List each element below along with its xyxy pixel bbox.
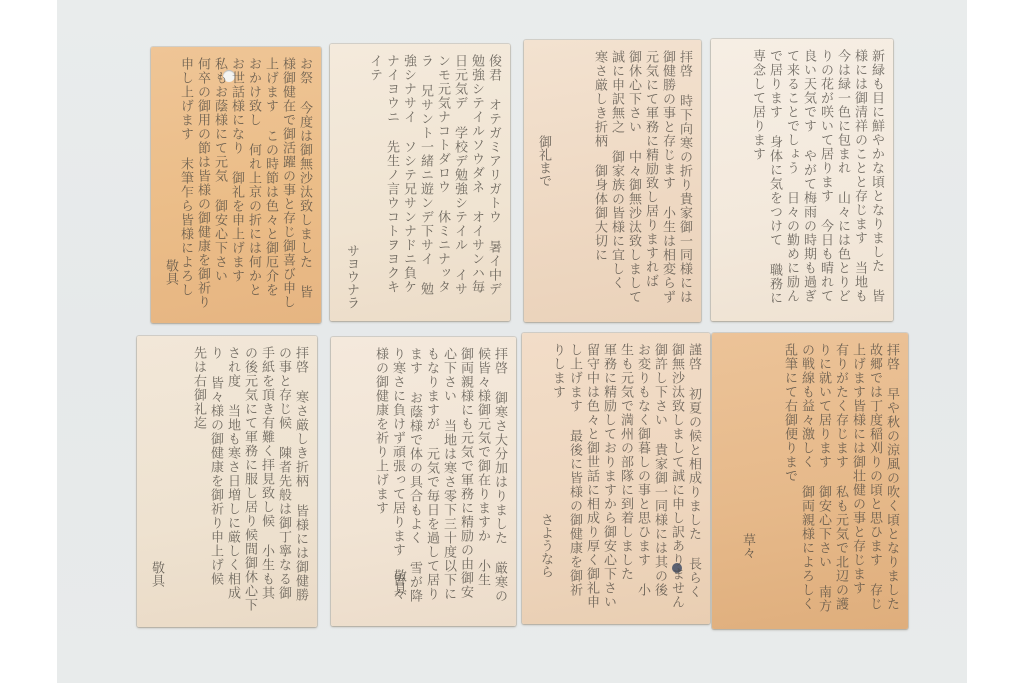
- postcard-1: お祭 今度は御無沙汰致しました 皆様御健在で御活躍の事と存じ御喜び申し上げます …: [151, 47, 321, 323]
- postcard-6: 拝啓 御寒さ大分加はりました 厳寒の候皆々様御元気で御在りますか 小生 御両親様…: [331, 337, 516, 626]
- postcard-8: 拝啓 早や秋の涼風の吹く頃となりました 故郷では丁度稲刈りの頃と思ひます 存じ上…: [712, 333, 908, 629]
- postcard-5: 拝啓 寒さ厳しき折柄 皆様には御健勝の事と存じ候 陳者先般は御丁寧なる御手紙を頂…: [137, 336, 317, 627]
- postcard-signature: さようなら: [536, 513, 555, 578]
- postcard-text: お祭 今度は御無沙汰致しました 皆様御健在で御活躍の事と存じ御喜び申し上げます …: [179, 57, 313, 309]
- postcard-text: 新緑も目に鮮やかな頃となりました 皆様には御清祥のことと存じます 当地も今は緑一…: [725, 49, 885, 307]
- postcard-7: 謹啓 初夏の候と相成りました 長らく御無沙汰致しまして誠に申し訳ありません 御許…: [522, 333, 710, 624]
- postcard-2: 俊君 オテガミアリガトウ 暑イ中デ勉強シテイルソウダネ オイサンハ毎日元気デ 学…: [330, 44, 510, 321]
- postcard-signature: 草々: [738, 533, 757, 559]
- postcard-4: 新緑も目に鮮やかな頃となりました 皆様には御清祥のことと存じます 当地も今は緑一…: [711, 39, 893, 321]
- postcard-signature: 敬具: [147, 561, 166, 587]
- postcard-text: 謹啓 初夏の候と相成りました 長らく御無沙汰致しまして誠に申し訳ありません 御許…: [550, 343, 702, 610]
- postcard-3: 拝啓 時下向寒の折り貴家御一同様には御健勝の事と存じます 小生は相変らず元気にて…: [524, 40, 701, 322]
- postcard-signature: 敬具: [161, 259, 180, 285]
- postcard-signature: サヨウナラ: [342, 244, 361, 309]
- postcard-text: 拝啓 御寒さ大分加はりました 厳寒の候皆々様御元気で御在りますか 小生 御両親様…: [365, 347, 508, 612]
- postcard-text: 拝啓 寒さ厳しき折柄 皆様には御健勝の事と存じ候 陳者先般は御丁寧なる御手紙を頂…: [163, 346, 309, 613]
- postcard-signature: 御礼まで: [534, 135, 553, 187]
- postcard-signature: 敬具: [389, 569, 408, 595]
- postcard-text: 拝啓 時下向寒の折り貴家御一同様には御健勝の事と存じます 小生は相変らず元気にて…: [556, 50, 693, 308]
- postcard-text: 拝啓 早や秋の涼風の吹く頃となりました 故郷では丁度稲刈りの頃と思ひます 存じ上…: [752, 343, 900, 615]
- postcard-text: 俊君 オテガミアリガトウ 暑イ中デ勉強シテイルソウダネ オイサンハ毎日元気デ 学…: [360, 54, 502, 307]
